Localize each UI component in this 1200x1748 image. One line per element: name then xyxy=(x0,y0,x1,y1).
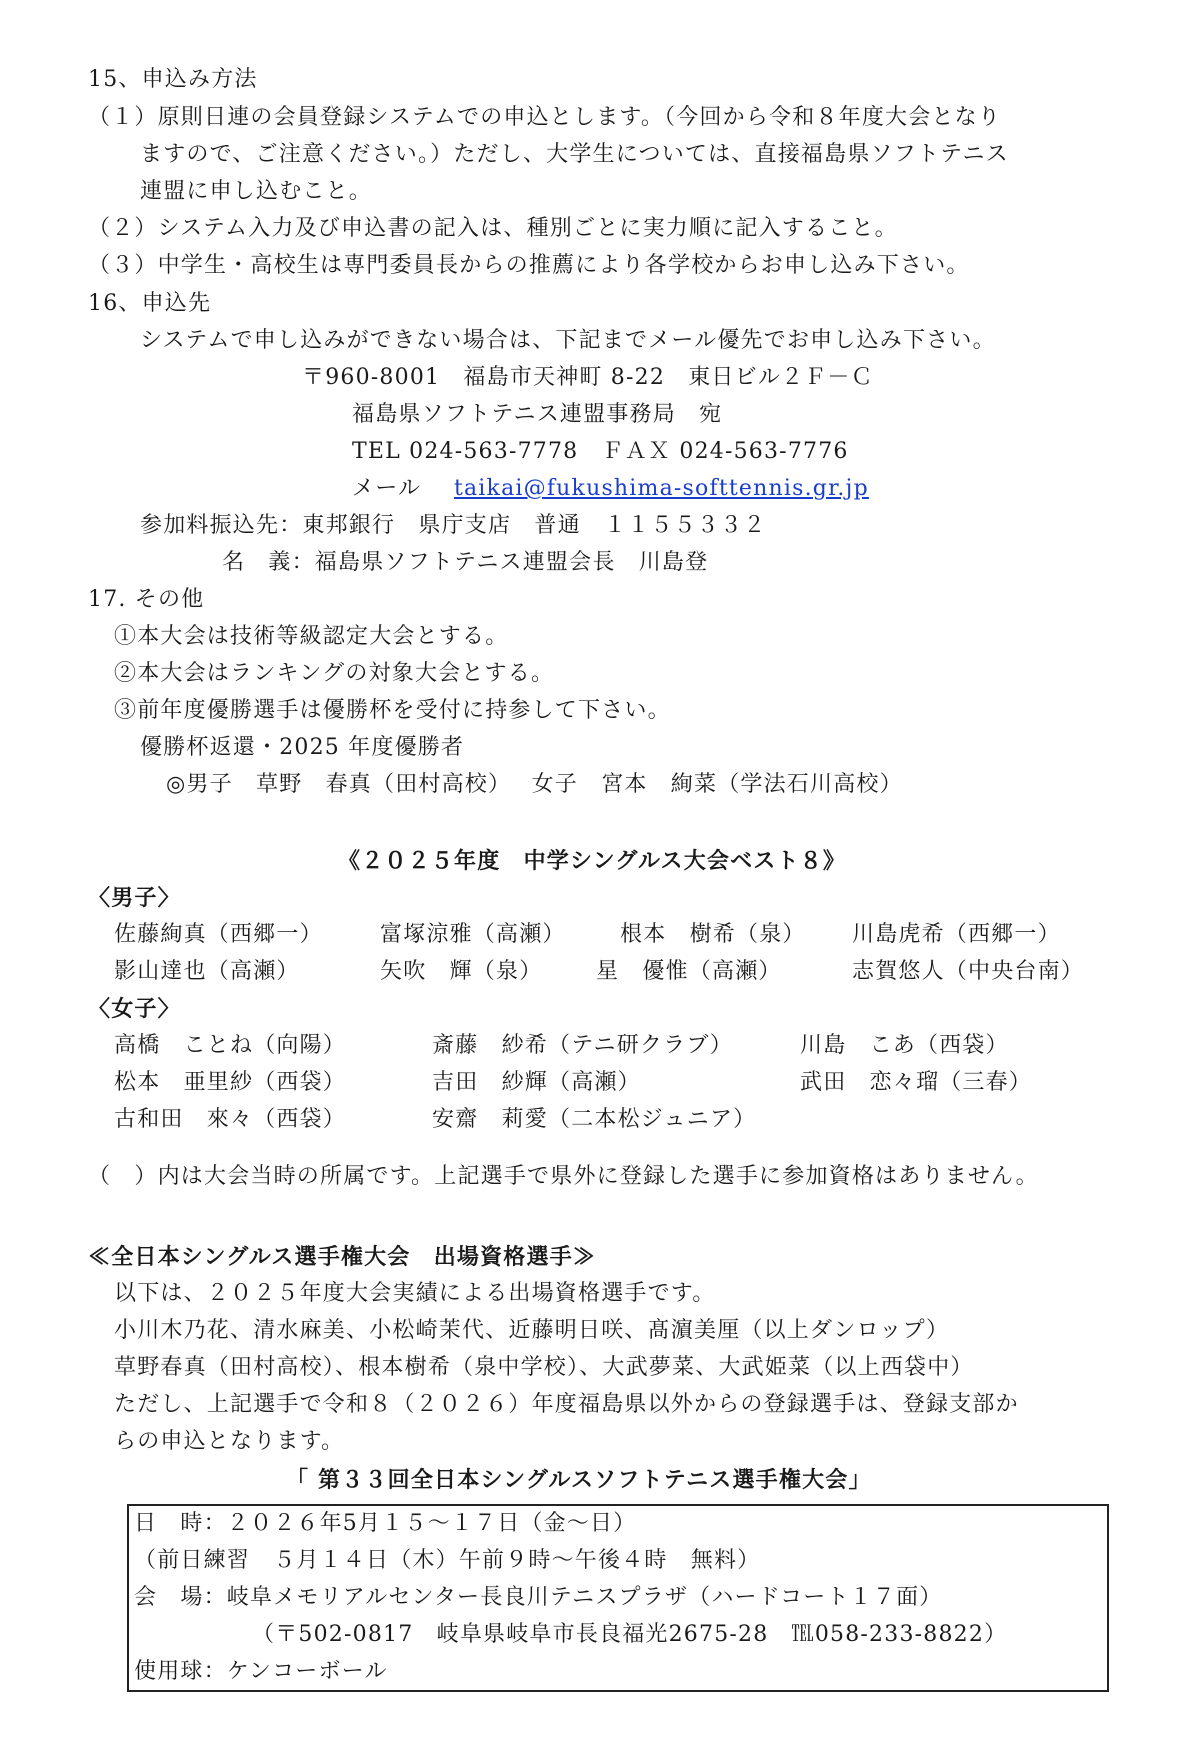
bank-info: 参加料振込先：東邦銀行 県庁支店 普通 １１５５３３２ xyxy=(140,508,766,544)
qualifiers-line-1: 小川木乃花、清水麻美、小松崎茉代、近藤明日咲、髙濵美厘（以上ダンロップ） xyxy=(114,1313,949,1349)
previous-winners: ◎男子 草野 春真（田村高校） 女子 宮本 絢菜（学法石川高校） xyxy=(166,767,903,803)
boys-player: 影山達也（高瀬） xyxy=(114,954,300,990)
section-16-heading: 16、申込先 xyxy=(88,286,211,322)
boys-player: 志賀悠人（中央台南） xyxy=(852,954,1084,990)
girls-player: 川島 こあ（西袋） xyxy=(800,1028,1009,1064)
section-17-heading: 17. その他 xyxy=(88,582,204,618)
office-address: 〒960-8001 福島市天神町 8-22 東日ビル２Ｆ－Ｃ xyxy=(302,360,874,396)
tournament-venue: 会 場：岐阜メモリアルセンター長良川テニスプラザ（ハードコート１７面） xyxy=(134,1580,942,1616)
office-name: 福島県ソフトテニス連盟事務局 宛 xyxy=(352,397,722,433)
boys-player: 佐藤絢真（西郷一） xyxy=(114,917,323,953)
boys-player: 根本 樹希（泉） xyxy=(620,917,806,953)
tournament-title: 「 第３３回全日本シングルスソフトテニス選手権大会」 xyxy=(286,1462,872,1498)
qualifiers-line-3: ただし、上記選手で令和８（２０２６）年度福島県以外からの登録選手は、登録支部か xyxy=(114,1387,1019,1423)
boys-player: 矢吹 輝（泉） xyxy=(380,954,542,990)
mail-row: メール taikai@fukushima-softtennis.gr.jp xyxy=(352,471,869,507)
section-17-item-3: ③前年度優勝選手は優勝杯を受付に持参して下さい。 xyxy=(114,693,671,729)
boys-player: 川島虎希（西郷一） xyxy=(852,917,1061,953)
section-15-heading: 15、申込み方法 xyxy=(88,62,258,98)
best8-note: （ ）内は大会当時の所属です。上記選手で県外に登録した選手に参加資格はありません… xyxy=(88,1159,1039,1195)
girls-player: 斎藤 紗希（テニ研クラブ） xyxy=(432,1028,733,1064)
section-15-item-3: （３）中学生・高校生は専門委員長からの推薦により各学校からお申し込み下さい。 xyxy=(88,248,970,284)
girls-player: 吉田 紗輝（高瀬） xyxy=(432,1065,641,1101)
girls-player: 高橋 ことね（向陽） xyxy=(114,1028,346,1064)
section-15-item-1-line-1: （１）原則日連の会員登録システムでの申込とします。（今回から令和８年度大会となり xyxy=(88,100,1001,136)
tournament-date: 日 時：２０２６年5月１５～１７日（金～日） xyxy=(134,1506,636,1542)
tournament-venue-address: （〒502-0817 岐阜県岐阜市長良福光2675-28 ℡058-233-88… xyxy=(252,1617,1007,1653)
boys-label: 〈男子〉 xyxy=(88,880,181,916)
tournament-ball: 使用球：ケンコーボール xyxy=(134,1654,388,1690)
qualifiers-intro: 以下は、２０２５年度大会実績による出場資格選手です。 xyxy=(114,1276,715,1312)
mail-label: メール xyxy=(352,476,421,501)
boys-player: 富塚涼雅（高瀬） xyxy=(380,917,566,953)
section-15-item-2: （２）システム入力及び申込書の記入は、種別ごとに実力順に記入すること。 xyxy=(88,211,898,247)
girls-player: 安齋 莉愛（二本松ジュニア） xyxy=(432,1102,756,1138)
account-holder: 名 義：福島県ソフトテニス連盟会長 川島登 xyxy=(222,545,708,581)
tournament-practice: （前日練習 ５月１４日（木）午前９時～午後４時 無料） xyxy=(134,1543,760,1579)
girls-label: 〈女子〉 xyxy=(88,991,181,1027)
section-17-item-1: ①本大会は技術等級認定大会とする。 xyxy=(114,619,508,655)
section-15-item-1-line-3: 連盟に申し込むこと。 xyxy=(140,174,372,210)
section-15-item-1-line-2: ますので、ご注意ください。）ただし、大学生については、直接福島県ソフトテニス xyxy=(140,137,1009,173)
qualifiers-line-4: らの申込となります。 xyxy=(114,1424,344,1460)
girls-player: 古和田 來々（西袋） xyxy=(114,1102,346,1138)
girls-player: 武田 恋々瑠（三春） xyxy=(800,1065,1032,1101)
office-phone-fax: TEL 024-563-7778 ＦＡＸ 024-563-7776 xyxy=(352,434,849,470)
best8-title: 《２０２５年度 中学シングルス大会ベスト８》 xyxy=(338,843,846,879)
mail-link[interactable]: taikai@fukushima-softtennis.gr.jp xyxy=(454,476,869,501)
section-16-intro: システムで申し込みができない場合は、下記までメール優先でお申し込み下さい。 xyxy=(140,323,996,359)
qualifiers-line-2: 草野春真（田村高校）、根本樹希（泉中学校）、大武夢菜、大武姫菜（以上西袋中） xyxy=(114,1350,974,1386)
girls-player: 松本 亜里紗（西袋） xyxy=(114,1065,346,1101)
trophy-return-note: 優勝杯返還・2025 年度優勝者 xyxy=(140,730,464,766)
section-17-item-2: ②本大会はランキングの対象大会とする。 xyxy=(114,656,554,692)
boys-player: 星 優惟（高瀬） xyxy=(596,954,782,990)
qualifiers-title: ≪全日本シングルス選手権大会 出場資格選手≫ xyxy=(88,1239,596,1275)
